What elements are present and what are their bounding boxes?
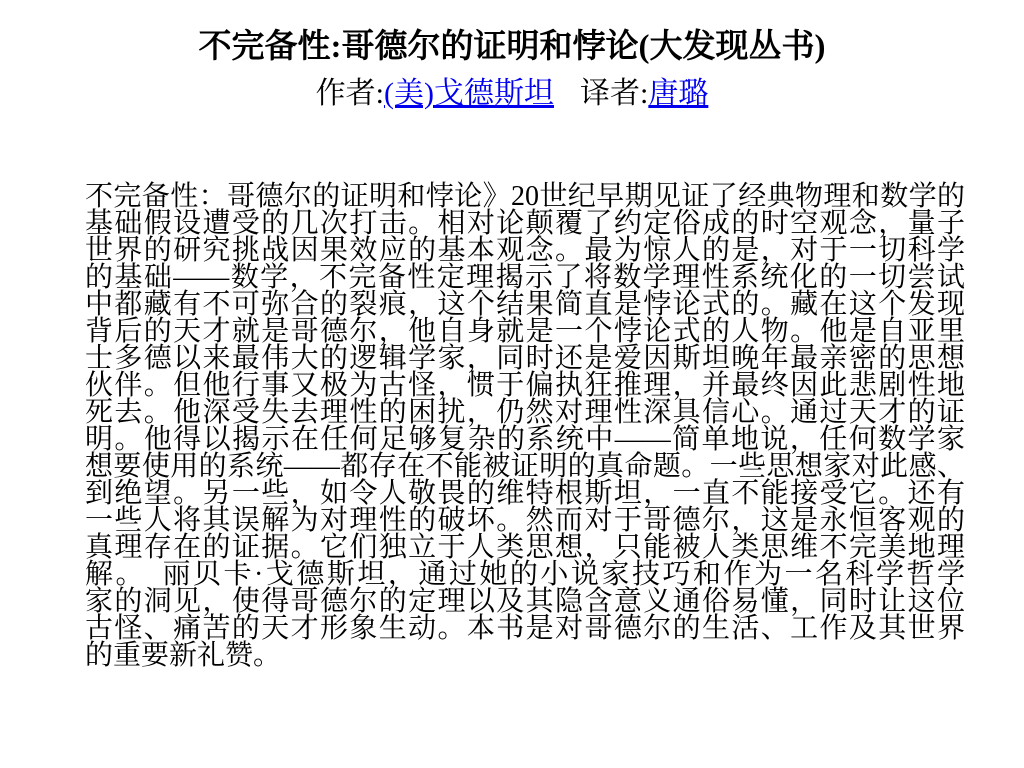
body-text-line: 明。他得以揭示在任何足够复杂的系统中——简单地说，任何数学家 — [85, 426, 965, 453]
body-text-line: 伙伴。但他行事又极为古怪，惯于偏执狂推理，并最终因此悲剧性地 — [85, 372, 965, 399]
body-text-line: 死去。他深受失去理性的困扰，仍然对理性深具信心。通过天才的证 — [85, 399, 965, 426]
translator-label: 译者: — [580, 77, 648, 110]
author-label: 作者: — [316, 77, 384, 110]
body-text-line: 真理存在的证据。它们独立于人类思想，只能被人类思维不完美地理 — [85, 534, 965, 561]
byline: 作者:(美)戈德斯坦译者:唐璐 — [0, 74, 1024, 114]
translator-link[interactable]: 唐璐 — [648, 77, 708, 110]
body-text-line: 的重要新礼赞。 — [85, 642, 965, 669]
body-text-line: 到绝望。另一些，如令人敬畏的维特根斯坦，一直不能接受它。还有 — [85, 480, 965, 507]
body-text-line: 一些人将其误解为对理性的破坏。然而对于哥德尔，这是永恒客观的 — [85, 507, 965, 534]
body-text-line: 士多德以来最伟大的逻辑学家，同时还是爱因斯坦晚年最亲密的思想 — [85, 345, 965, 372]
book-description: 不完备性：哥德尔的证明和悖论》20世纪早期见证了经典物理和数学的 基础假设遭受的… — [85, 183, 965, 669]
body-text-line: 基础假设遭受的几次打击。相对论颠覆了约定俗成的时空观念，量子 — [85, 210, 965, 237]
document-page: 不完备性:哥德尔的证明和悖论(大发现丛书) 作者:(美)戈德斯坦译者:唐璐 不完… — [0, 0, 1024, 768]
body-text-line: 不完备性：哥德尔的证明和悖论》20世纪早期见证了经典物理和数学的 — [85, 183, 965, 210]
body-text-line: 解。 丽贝卡·戈德斯坦，通过她的小说家技巧和作为一名科学哲学 — [85, 561, 965, 588]
body-text-line: 背后的天才就是哥德尔，他自身就是一个悖论式的人物。他是自亚里 — [85, 318, 965, 345]
page-title: 不完备性:哥德尔的证明和悖论(大发现丛书) — [0, 28, 1024, 66]
body-text-line: 的基础——数学，不完备性定理揭示了将数学理性系统化的一切尝试 — [85, 264, 965, 291]
body-text-line: 世界的研究挑战因果效应的基本观念。最为惊人的是，对于一切科学 — [85, 237, 965, 264]
body-text-line: 想要使用的系统——都存在不能被证明的真命题。一些思想家对此感、 — [85, 453, 965, 480]
body-text-line: 中都藏有不可弥合的裂痕，这个结果简直是悖论式的。藏在这个发现 — [85, 291, 965, 318]
body-text-line: 古怪、痛苦的天才形象生动。本书是对哥德尔的生活、工作及其世界 — [85, 615, 965, 642]
author-link[interactable]: (美)戈德斯坦 — [384, 77, 554, 110]
body-text-line: 家的洞见，使得哥德尔的定理以及其隐含意义通俗易懂，同时让这位 — [85, 588, 965, 615]
